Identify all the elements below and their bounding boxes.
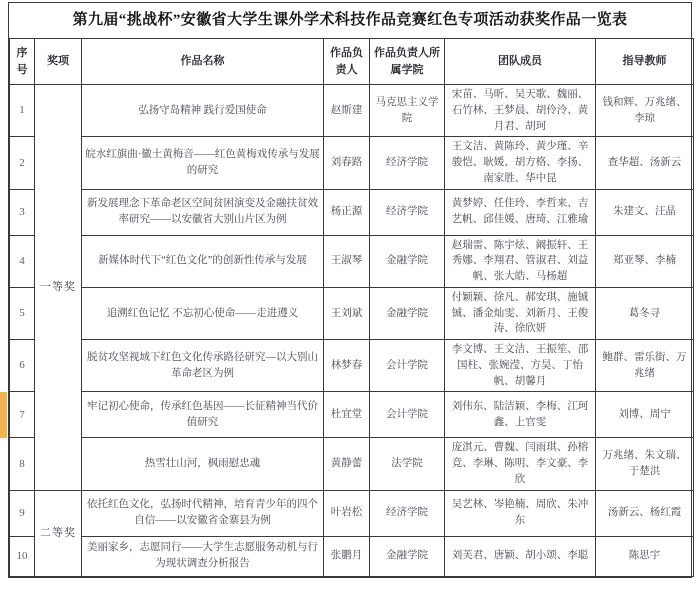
- work-title-cell: 弘扬守岛精神 践行爱国使命: [82, 85, 324, 137]
- members-cell: 赵瑞雷、陈宇炫、阚振轩、王秀娜、李翔君、管淑君、刘益帆、张大皓、马杨超: [445, 235, 596, 287]
- work-title-cell: 依托红色文化，弘扬时代精神，培育青少年的四个自信——以安徽省金寨县为例: [82, 490, 324, 536]
- members-cell: 刘伟东、陆洁颖、李梅、江珂鑫、上官雯: [445, 392, 596, 438]
- table-row: 7牢记初心使命，传承红色基因——长征精神当代价值研究杜宜堂会计学院刘伟东、陆洁颖…: [10, 392, 694, 438]
- leader-cell: 黄静蕾: [324, 438, 370, 490]
- col-header-work: 作品名称: [82, 39, 324, 85]
- table-row: 1一等奖弘扬守岛精神 践行爱国使命赵斯建马克思主义学院宋苗、马昕、吴天歌、魏丽、…: [10, 85, 694, 137]
- row-number-cell: 8: [10, 438, 35, 490]
- award-table: 序号 奖项 作品名称 作品负责人 作品负责人所属学院 团队成员 指导教师 1一等…: [9, 38, 694, 577]
- col-header-college: 作品负责人所属学院: [370, 39, 445, 85]
- members-cell: 吴艺林、岑艳楠、周欣、朱冲东: [445, 490, 596, 536]
- leader-cell: 杨正源: [324, 189, 370, 235]
- col-header-no: 序号: [10, 39, 35, 85]
- college-cell: 金融学院: [370, 235, 445, 287]
- college-cell: 金融学院: [370, 536, 445, 576]
- table-row: 5追溯红色记忆 不忘初心使命——走进遵义王刘斌金融学院付颖颖、徐凡、郝安琪、施铖…: [10, 287, 694, 339]
- row-number-cell: 9: [10, 490, 35, 536]
- college-cell: 马克思主义学院: [370, 85, 445, 137]
- work-title-cell: 美丽家乡，志愿同行——大学生志愿服务动机与行为现状调查分析报告: [82, 536, 324, 576]
- advisors-cell: 刘博、周宁: [596, 392, 694, 438]
- leader-cell: 叶岩松: [324, 490, 370, 536]
- row-number-cell: 7: [10, 392, 35, 438]
- work-title-cell: 牢记初心使命，传承红色基因——长征精神当代价值研究: [82, 392, 324, 438]
- advisors-cell: 万兆绪、朱文瑞、于楚洪: [596, 438, 694, 490]
- col-header-advisors: 指导教师: [596, 39, 694, 85]
- advisors-cell: 汤新云、杨红霞: [596, 490, 694, 536]
- college-cell: 法学院: [370, 438, 445, 490]
- leader-cell: 林梦春: [324, 340, 370, 392]
- award-group-cell: 二等奖: [35, 490, 82, 576]
- table-row: 4新媒体时代下“红色文化”的创新性传承与发展王淑琴金融学院赵瑞雷、陈宇炫、阚振轩…: [10, 235, 694, 287]
- members-cell: 李文博、王文洁、王振笙、邵国柱、张婉滢、方昊、丁怡帆、胡馨月: [445, 340, 596, 392]
- work-title-cell: 新媒体时代下“红色文化”的创新性传承与发展: [82, 235, 324, 287]
- members-cell: 王文洁、黄陈玲、黄少瑾、辛骏恺、耿媛、胡方格、李扬、南家胜、华中昆: [445, 137, 596, 189]
- table-row: 9二等奖依托红色文化，弘扬时代精神，培育青少年的四个自信——以安徽省金寨县为例叶…: [10, 490, 694, 536]
- page-title: 第九届“挑战杯”安徽省大学生课外学术科技作品竞赛红色专项活动获奖作品一览表: [9, 3, 691, 38]
- college-cell: 经济学院: [370, 490, 445, 536]
- work-title-cell: 新发展理念下革命老区空间贫困演变及金融扶贫效率研究——以安徽省大别山片区为例: [82, 189, 324, 235]
- college-cell: 经济学院: [370, 189, 445, 235]
- leader-cell: 赵斯建: [324, 85, 370, 137]
- advisors-cell: 陈思宇: [596, 536, 694, 576]
- leader-cell: 张鹏月: [324, 536, 370, 576]
- award-list-page: 第九届“挑战杯”安徽省大学生课外学术科技作品竞赛红色专项活动获奖作品一览表 序号…: [0, 0, 700, 591]
- advisors-cell: 鲍群、雷乐街、万兆绪: [596, 340, 694, 392]
- col-header-award: 奖项: [35, 39, 82, 85]
- leader-cell: 王刘斌: [324, 287, 370, 339]
- row-number-cell: 1: [10, 85, 35, 137]
- row-number-cell: 10: [10, 536, 35, 576]
- col-header-leader: 作品负责人: [324, 39, 370, 85]
- members-cell: 庞淇元、曹魏、闫雨琪、孙榕竞、李琳、陈明、李文豪、李欣: [445, 438, 596, 490]
- members-cell: 刘芙君、唐颖、胡小颂、李聪: [445, 536, 596, 576]
- header-row: 序号 奖项 作品名称 作品负责人 作品负责人所属学院 团队成员 指导教师: [10, 39, 694, 85]
- table-row: 3新发展理念下革命老区空间贫困演变及金融扶贫效率研究——以安徽省大别山片区为例杨…: [10, 189, 694, 235]
- college-cell: 会计学院: [370, 392, 445, 438]
- work-title-cell: 皖水红旗曲·徽土黄梅音——红色黄梅戏传承与发展的研究: [82, 137, 324, 189]
- col-header-members: 团队成员: [445, 39, 596, 85]
- row-number-cell: 2: [10, 137, 35, 189]
- table-row: 2皖水红旗曲·徽土黄梅音——红色黄梅戏传承与发展的研究刘春路经济学院王文洁、黄陈…: [10, 137, 694, 189]
- work-title-cell: 追溯红色记忆 不忘初心使命——走进遵义: [82, 287, 324, 339]
- work-title-cell: 热雪壮山河，枫雨慰忠魂: [82, 438, 324, 490]
- college-cell: 会计学院: [370, 340, 445, 392]
- advisors-cell: 查华超、汤新云: [596, 137, 694, 189]
- advisors-cell: 葛冬寻: [596, 287, 694, 339]
- advisors-cell: 钱和辉、万兆绪、李琼: [596, 85, 694, 137]
- award-group-cell: 一等奖: [35, 85, 82, 491]
- leader-cell: 王淑琴: [324, 235, 370, 287]
- college-cell: 经济学院: [370, 137, 445, 189]
- row-number-cell: 5: [10, 287, 35, 339]
- row-number-cell: 4: [10, 235, 35, 287]
- members-cell: 黄梦婷、任佳玲、李哲来、吉艺帆、邱佳媛、唐琦、江雅瑜: [445, 189, 596, 235]
- work-title-cell: 脱贫攻坚视域下红色文化传承路径研究—以大别山革命老区为例: [82, 340, 324, 392]
- leader-cell: 刘春路: [324, 137, 370, 189]
- table-row: 8热雪壮山河，枫雨慰忠魂黄静蕾法学院庞淇元、曹魏、闫雨琪、孙榕竞、李琳、陈明、李…: [10, 438, 694, 490]
- advisors-cell: 朱建文、汪晶: [596, 189, 694, 235]
- row-highlight-marker: [0, 392, 7, 438]
- table-row: 6脱贫攻坚视域下红色文化传承路径研究—以大别山革命老区为例林梦春会计学院李文博、…: [10, 340, 694, 392]
- leader-cell: 杜宜堂: [324, 392, 370, 438]
- row-number-cell: 3: [10, 189, 35, 235]
- members-cell: 宋苗、马昕、吴天歌、魏丽、石竹林、王梦晨、胡伶泠、黄月君、胡珂: [445, 85, 596, 137]
- row-number-cell: 6: [10, 340, 35, 392]
- advisors-cell: 郑亚琴、李楠: [596, 235, 694, 287]
- table-row: 10美丽家乡，志愿同行——大学生志愿服务动机与行为现状调查分析报告张鹏月金融学院…: [10, 536, 694, 576]
- table-body: 1一等奖弘扬守岛精神 践行爱国使命赵斯建马克思主义学院宋苗、马昕、吴天歌、魏丽、…: [10, 85, 694, 577]
- award-table-sheet: 第九届“挑战杯”安徽省大学生课外学术科技作品竞赛红色专项活动获奖作品一览表 序号…: [8, 2, 692, 578]
- college-cell: 金融学院: [370, 287, 445, 339]
- members-cell: 付颖颖、徐凡、郝安琪、施铖铖、潘金灿雯、刘新月、王俊涛、徐欣妍: [445, 287, 596, 339]
